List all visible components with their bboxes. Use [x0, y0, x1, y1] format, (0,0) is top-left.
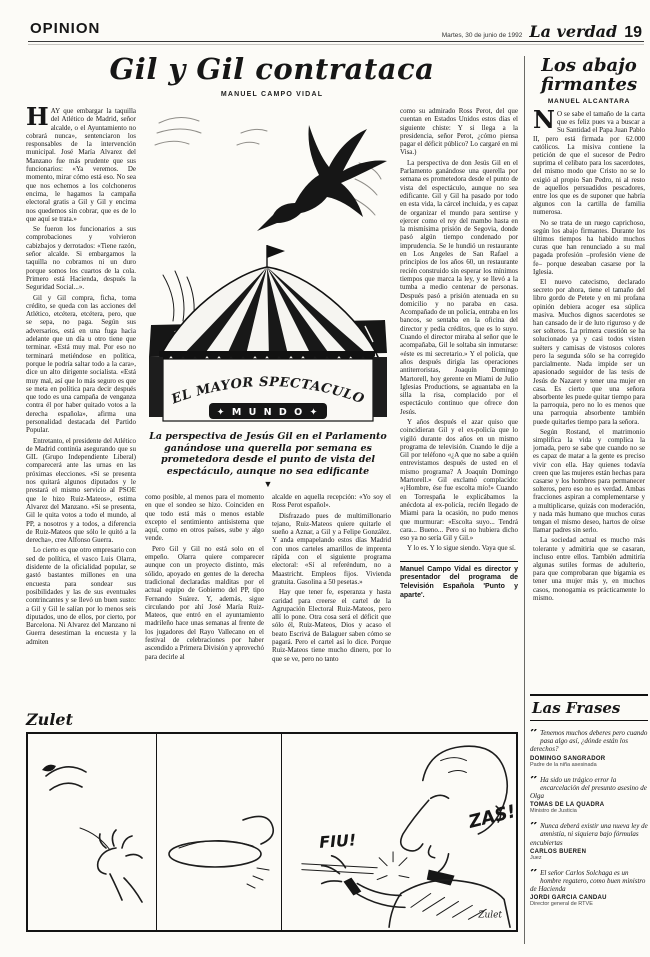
big-nose: [401, 800, 429, 851]
flight-lines: [302, 864, 377, 874]
sfx-fiu: FIU!: [319, 830, 357, 852]
header-right: Martes, 30 de junio de 1992 La verdad 19: [442, 22, 642, 42]
quote-item: ” El señor Carlos Solchaga es un hombre …: [530, 869, 648, 908]
column-divider: [524, 56, 525, 944]
side-structure-left: [149, 357, 163, 417]
caption-arrow-icon: ▼: [145, 479, 391, 489]
paragraph: alcalde en aquella recepción: «Yo soy el…: [272, 493, 391, 510]
paragraph: Gil y Gil compra, ficha, toma crédito, s…: [26, 294, 136, 435]
section-label: OPINION: [30, 20, 100, 37]
cartoon-strip: FIU! ZAS! Zulet: [26, 732, 518, 932]
paragraph: como su admirado Ross Perot, del que cue…: [400, 107, 518, 157]
newspaper-page: { "header": { "section": "OPINION", "dat…: [0, 0, 650, 957]
sleeve: [110, 874, 142, 902]
paragraph: La sociedad actual es mucho más tolerant…: [533, 536, 645, 602]
middle-subcolumns: como posible, al menos para el momento e…: [145, 493, 391, 665]
right-article: Los abajo firmantes MANUEL ALCANTARA NO …: [533, 56, 645, 604]
paragraph: Disfrazado pues de multimillonario tejan…: [272, 512, 391, 587]
article-column-4: como su admirado Ross Perot, del que cue…: [400, 107, 518, 665]
quote-mark-icon: ”: [530, 729, 538, 739]
header-rule-dark: [28, 41, 644, 42]
head-scribbles: [441, 758, 467, 773]
motion-dashes: [247, 868, 269, 888]
sfx-zas: ZAS!: [466, 801, 516, 833]
paragraph: como posible, al menos para el momento e…: [145, 493, 264, 543]
illustration-caption: La perspectiva de Jesús Gil en el Parlam…: [149, 431, 387, 477]
main-columns: HAY que embargar la taquilla del Atlétic…: [26, 107, 518, 665]
cartoon-panel-2: [156, 734, 281, 930]
quote-item: ” Tenemos muchos deberes pero cuando pas…: [530, 729, 648, 768]
cartoonist-signature: Zulet: [477, 910, 502, 920]
paragraph: Y años después el azar quiso que coincid…: [400, 418, 518, 542]
brow: [431, 795, 449, 798]
paragraph: Entretanto, el presidente del Atlético d…: [26, 437, 136, 545]
paragraph: No se trata de un ruego caprichoso, segú…: [533, 219, 645, 276]
right-headline: Los abajo firmantes: [533, 56, 645, 94]
quote-text: Tenemos muchos deberes pero cuando pasa …: [530, 729, 648, 754]
sky-scribble-left: [155, 117, 201, 145]
quote-text: El señor Carlos Solchaga es un hombre re…: [530, 869, 648, 894]
quote-role: Ministro de Justicia: [530, 808, 648, 814]
paragraph: La perspectiva de don Jesús Gil en el Pa…: [400, 159, 518, 416]
paragraph: Hay que tener fe, esperanza y hasta cari…: [272, 588, 391, 663]
main-headline: Gil y Gil contrataca: [26, 52, 518, 86]
suit-hatching: [411, 893, 486, 919]
zulet-cartoon-section: Zulet: [26, 710, 518, 932]
flag-icon: [267, 245, 285, 258]
collar: [427, 870, 455, 886]
side-structure-right: [373, 357, 387, 417]
las-frases-section: Las Frases ” Tenemos muchos deberes pero…: [530, 694, 648, 907]
quote-item: ” Ha sido un trágico error la encarcelac…: [530, 776, 648, 815]
header-date: Martes, 30 de junio de 1992: [442, 32, 523, 39]
cuff: [343, 878, 361, 896]
right-article-text: NO se sabe el tamaño de la carta que es …: [533, 110, 645, 604]
article-column-3: alcalde en aquella recepción: «Yo soy el…: [272, 493, 391, 665]
quote-text: Ha sido un trágico error la encarcelació…: [530, 776, 648, 801]
article-column-middle: EL MAYOR SPECTACULO ✦ M U N D O ✦ La per…: [145, 107, 391, 665]
mouth-chin: [428, 846, 448, 872]
paragraph: Y lo es. Y lo sigue siendo. Vaya que sí.: [400, 544, 518, 552]
hand-fingers: [322, 856, 346, 884]
boomerang-curve: [243, 816, 273, 844]
masthead: La verdad: [529, 22, 617, 41]
paragraph: Se fueron los funcionarios a sus comprob…: [26, 225, 136, 291]
mundo-banner-text: ✦ M U N D O ✦: [217, 407, 320, 418]
quote-mark-icon: ”: [530, 822, 538, 832]
quote-item: ” Nunca deberá existir una nueva ley de …: [530, 822, 648, 861]
main-article: Gil y Gil contrataca MANUEL CAMPO VIDAL …: [26, 52, 518, 665]
header-rule-light: [28, 44, 644, 45]
fingers: [100, 830, 142, 858]
paragraph: Pero Gil y Gil no está solo en el empeño…: [145, 545, 264, 661]
paragraph: Lo cierto es que otro empresario con sed…: [26, 546, 136, 646]
quote-role: Director general de RTVE: [530, 901, 648, 907]
cartoon-panel-3: FIU! ZAS! Zulet: [281, 734, 516, 930]
paragraph: NO se sabe el tamaño de la carta que es …: [533, 110, 645, 217]
cartoon-title: Zulet: [26, 710, 518, 729]
bird-icon: [257, 125, 387, 231]
quote-role: Padre de la niña asesinada: [530, 762, 648, 768]
main-byline: MANUEL CAMPO VIDAL: [26, 91, 518, 98]
circus-tent-illustration: EL MAYOR SPECTACULO ✦ M U N D O ✦: [145, 107, 391, 427]
impact-burst: [377, 852, 409, 880]
quote-text: Nunca deberá existir una nueva ley de am…: [530, 822, 648, 847]
quote-role: Juez: [530, 855, 648, 861]
panel3-drawing: FIU! ZAS! Zulet: [282, 734, 516, 930]
article-column-2: como posible, al menos para el momento e…: [145, 493, 264, 665]
spinning-boomerang: [169, 841, 261, 867]
author-footnote: Manuel Campo Vidal es director y present…: [400, 566, 518, 600]
panel1-drawing: [28, 734, 156, 930]
paragraph: HAY que embargar la taquilla del Atlétic…: [26, 107, 136, 223]
panel2-drawing: [157, 734, 281, 930]
quote-mark-icon: ”: [530, 869, 538, 879]
footnote-rule: [400, 561, 518, 562]
paragraph: El nuevo catecismo, declarado secreto po…: [533, 278, 645, 426]
cartoon-panel-1: [28, 734, 156, 930]
extended-arm: [353, 884, 405, 908]
quote-mark-icon: ”: [530, 776, 538, 786]
las-frases-title: Las Frases: [530, 694, 648, 721]
sky-scribble-mid: [237, 129, 267, 145]
article-column-4-text: como su admirado Ross Perot, del que cue…: [400, 107, 518, 555]
right-byline: MANUEL ALCANTARA: [533, 98, 645, 105]
page-number: 19: [624, 24, 642, 42]
paragraph: Según Rostand, el matrimonio simplifica …: [533, 428, 645, 535]
article-column-1: HAY que embargar la taquilla del Atlétic…: [26, 107, 136, 665]
palm: [98, 848, 116, 874]
foreground-scribble: [163, 271, 194, 321]
